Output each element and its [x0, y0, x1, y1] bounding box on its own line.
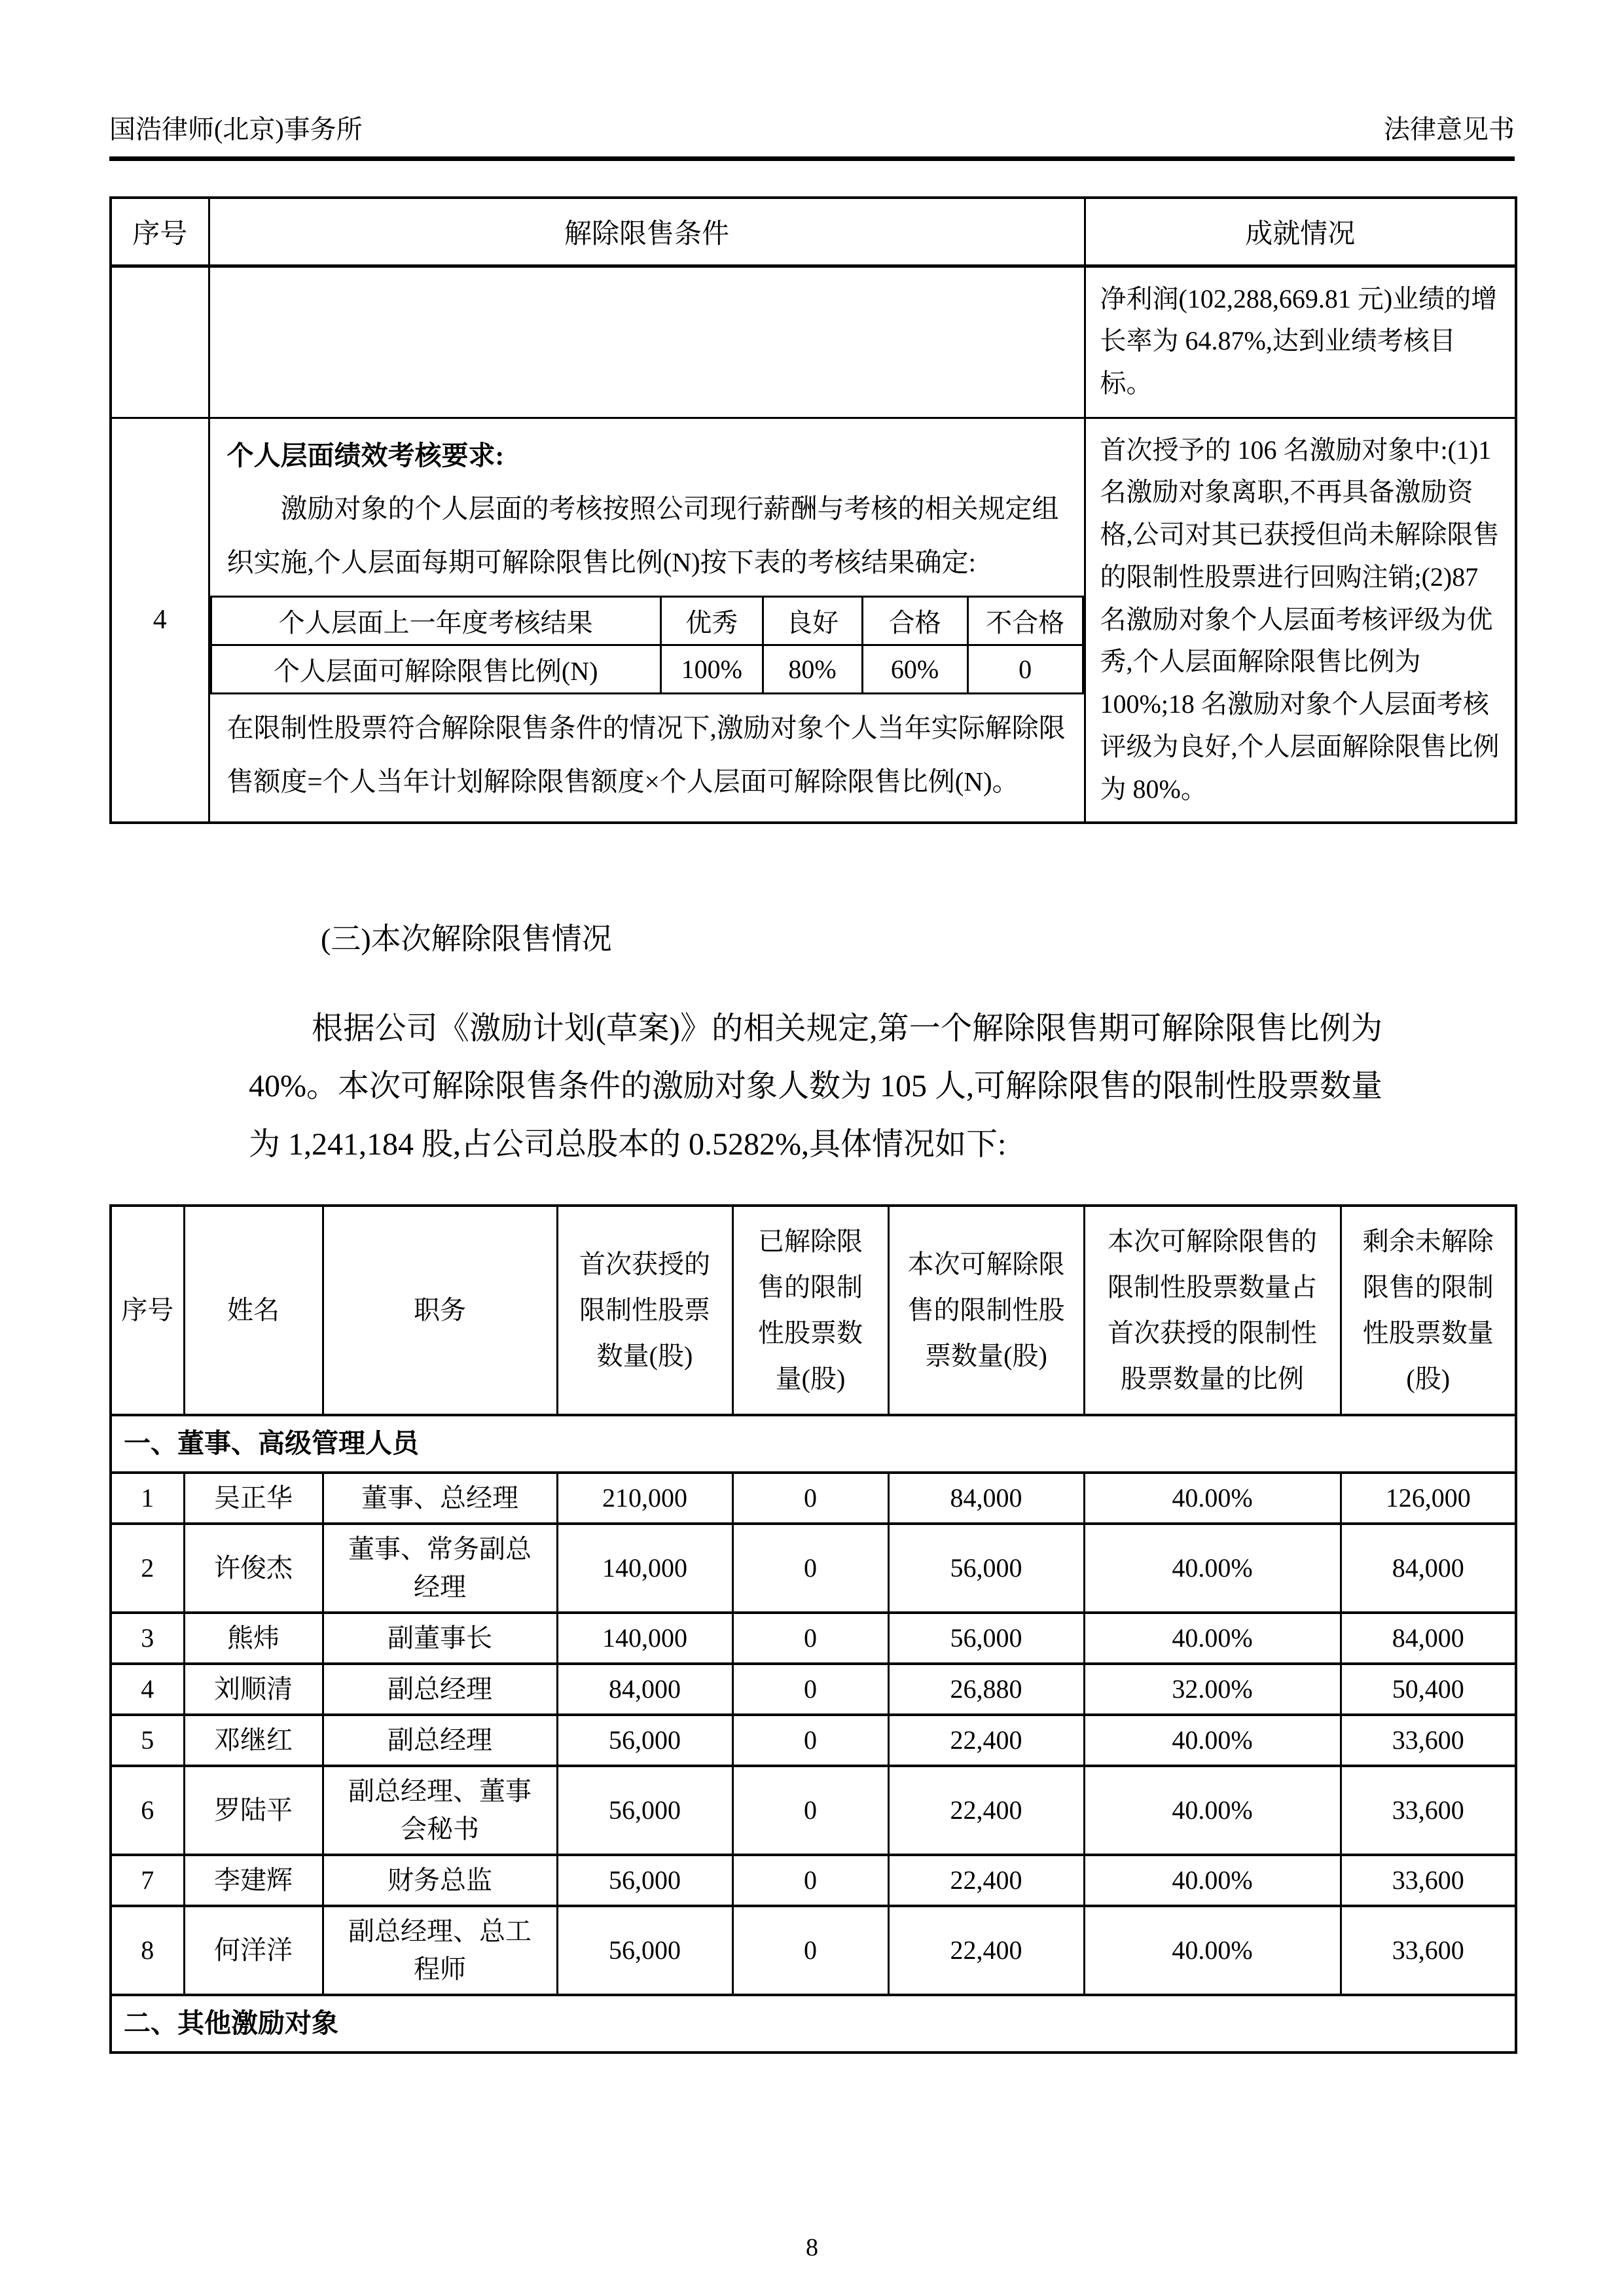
cell-released: 0	[732, 1664, 888, 1715]
condition-row-4: 4 个人层面绩效考核要求: 激励对象的个人层面的考核按照公司现行薪酬与考核的相关…	[111, 418, 1516, 823]
grade-pass: 合格	[862, 596, 967, 645]
conditions-header-row: 序号 解除限售条件 成就情况	[111, 198, 1516, 266]
table-row: 1 吴正华 董事、总经理 210,000 0 84,000 40.00% 126…	[111, 1473, 1516, 1524]
cell-granted: 56,000	[557, 1855, 732, 1906]
cell-granted: 84,000	[557, 1664, 732, 1715]
release-ratio-label: 个人层面可解除限售比例(N)	[211, 645, 660, 693]
cell-seq: 4	[111, 1664, 184, 1715]
grade-fail: 不合格	[967, 596, 1083, 645]
table-row: 7 李建辉 财务总监 56,000 0 22,400 40.00% 33,600	[111, 1855, 1516, 1906]
holders-table: 序号 姓名 职务 首次获授的限制性股票数量(股) 已解除限售的限制性股票数量(股…	[109, 1204, 1517, 2054]
carryover-achievement-cell: 净利润(102,288,669.81 元)业绩的增长率为 64.87%,达到业绩…	[1085, 266, 1516, 418]
cell-seq: 6	[111, 1766, 184, 1855]
release-ratio-row: 个人层面可解除限售比例(N) 100% 80% 60% 0	[211, 645, 1083, 693]
conditions-table: 序号 解除限售条件 成就情况 净利润(102,288,669.81 元)业绩的增…	[109, 196, 1517, 824]
cell-name: 邓继红	[184, 1715, 323, 1766]
col-header-remaining: 剩余未解除限售的限制性股票数量(股)	[1341, 1206, 1516, 1415]
table-row: 8 何洋洋 副总经理、总工程师 56,000 0 22,400 40.00% 3…	[111, 1906, 1516, 1995]
cell-released: 0	[732, 1613, 888, 1664]
cell-position: 副总经理、总工程师	[323, 1906, 557, 1995]
cell-granted: 140,000	[557, 1613, 732, 1664]
cell-remaining: 84,000	[1341, 1524, 1516, 1613]
header-firm-name: 国浩律师(北京)事务所	[109, 109, 363, 146]
cell-ratio: 40.00%	[1084, 1855, 1341, 1906]
col-header-condition: 解除限售条件	[209, 198, 1085, 266]
cell-ratio: 40.00%	[1084, 1473, 1341, 1524]
cell-released: 0	[732, 1524, 888, 1613]
cell-position: 董事、常务副总经理	[323, 1524, 557, 1613]
cell-ratio: 40.00%	[1084, 1715, 1341, 1766]
group-label-others: 二、其他激励对象	[111, 1995, 1516, 2053]
table-row: 6 罗陆平 副总经理、董事会秘书 56,000 0 22,400 40.00% …	[111, 1766, 1516, 1855]
assessment-result-label: 个人层面上一年度考核结果	[211, 596, 660, 645]
table-row: 4 刘顺清 副总经理 84,000 0 26,880 32.00% 50,400	[111, 1664, 1516, 1715]
cell-granted: 140,000	[557, 1524, 732, 1613]
cell-granted: 56,000	[557, 1766, 732, 1855]
cell-ratio: 32.00%	[1084, 1664, 1341, 1715]
cell-name: 吴正华	[184, 1473, 323, 1524]
row4-no-cell: 4	[111, 418, 209, 823]
table-row: 3 熊炜 副董事长 140,000 0 56,000 40.00% 84,000	[111, 1613, 1516, 1664]
col-header-released: 已解除限售的限制性股票数量(股)	[732, 1206, 888, 1415]
grade-good: 良好	[763, 596, 862, 645]
row4-condition-cell: 个人层面绩效考核要求: 激励对象的个人层面的考核按照公司现行薪酬与考核的相关规定…	[209, 418, 1085, 823]
cell-remaining: 33,600	[1341, 1766, 1516, 1855]
col-header-seq: 序号	[111, 1206, 184, 1415]
release-formula-para: 在限制性股票符合解除限售条件的情况下,激励对象个人当年实际解除限售额度=个人当年…	[227, 701, 1067, 808]
cell-ratio: 40.00%	[1084, 1613, 1341, 1664]
cell-name: 许俊杰	[184, 1524, 323, 1613]
cell-released: 0	[732, 1906, 888, 1995]
header-doc-type: 法律意见书	[1384, 109, 1515, 146]
carryover-condition-cell	[209, 266, 1085, 418]
personal-assessment-title: 个人层面绩效考核要求:	[227, 431, 1067, 482]
cell-releasable: 22,400	[888, 1766, 1084, 1855]
cell-released: 0	[732, 1766, 888, 1855]
cell-remaining: 50,400	[1341, 1664, 1516, 1715]
ratio-pass: 60%	[862, 645, 967, 693]
page-number: 8	[0, 2233, 1624, 2262]
cell-seq: 3	[111, 1613, 184, 1664]
cell-seq: 1	[111, 1473, 184, 1524]
cell-name: 刘顺清	[184, 1664, 323, 1715]
cell-granted: 210,000	[557, 1473, 732, 1524]
group-label-directors: 一、董事、高级管理人员	[111, 1415, 1516, 1473]
cell-remaining: 126,000	[1341, 1473, 1516, 1524]
cell-name: 李建辉	[184, 1855, 323, 1906]
cell-ratio: 40.00%	[1084, 1524, 1341, 1613]
cell-remaining: 33,600	[1341, 1906, 1516, 1995]
cell-ratio: 40.00%	[1084, 1906, 1341, 1995]
table-row: 2 许俊杰 董事、常务副总经理 140,000 0 56,000 40.00% …	[111, 1524, 1516, 1613]
cell-position: 副总经理	[323, 1715, 557, 1766]
table-row: 5 邓继红 副总经理 56,000 0 22,400 40.00% 33,600	[111, 1715, 1516, 1766]
cell-position: 财务总监	[323, 1855, 557, 1906]
cell-position: 副董事长	[323, 1613, 557, 1664]
cell-releasable: 22,400	[888, 1855, 1084, 1906]
carryover-row: 净利润(102,288,669.81 元)业绩的增长率为 64.87%,达到业绩…	[111, 266, 1516, 418]
grade-excellent: 优秀	[660, 596, 763, 645]
col-header-position: 职务	[323, 1206, 557, 1415]
cell-ratio: 40.00%	[1084, 1766, 1341, 1855]
document-page: 国浩律师(北京)事务所 法律意见书 序号 解除限售条件 成就情况 净利润(102…	[0, 0, 1624, 2296]
cell-remaining: 33,600	[1341, 1715, 1516, 1766]
personal-assessment-para: 激励对象的个人层面的考核按照公司现行薪酬与考核的相关规定组织实施,个人层面每期可…	[227, 482, 1067, 589]
cell-releasable: 84,000	[888, 1473, 1084, 1524]
cell-position: 副总经理	[323, 1664, 557, 1715]
cell-seq: 5	[111, 1715, 184, 1766]
cell-name: 罗陆平	[184, 1766, 323, 1855]
cell-releasable: 22,400	[888, 1715, 1084, 1766]
col-header-granted: 首次获授的限制性股票数量(股)	[557, 1206, 732, 1415]
col-header-name: 姓名	[184, 1206, 323, 1415]
ratio-good: 80%	[763, 645, 862, 693]
section-heading: (三)本次解除限售情况	[249, 915, 1388, 958]
assessment-result-row: 个人层面上一年度考核结果 优秀 良好 合格 不合格	[211, 596, 1083, 645]
carryover-no-cell	[111, 266, 209, 418]
holders-header-row: 序号 姓名 职务 首次获授的限制性股票数量(股) 已解除限售的限制性股票数量(股…	[111, 1206, 1516, 1415]
ratio-fail: 0	[967, 645, 1083, 693]
cell-remaining: 84,000	[1341, 1613, 1516, 1664]
group-row-directors: 一、董事、高级管理人员	[111, 1415, 1516, 1473]
col-header-achievement: 成就情况	[1085, 198, 1516, 266]
row4-achievement-cell: 首次授予的 106 名激励对象中:(1)1 名激励对象离职,不再具备激励资格,公…	[1085, 418, 1516, 823]
cell-seq: 2	[111, 1524, 184, 1613]
cell-granted: 56,000	[557, 1715, 732, 1766]
cell-released: 0	[732, 1715, 888, 1766]
col-header-ratio: 本次可解除限售的限制性股票数量占首次获授的限制性股票数量的比例	[1084, 1206, 1341, 1415]
group-row-others: 二、其他激励对象	[111, 1995, 1516, 2053]
col-header-no: 序号	[111, 198, 209, 266]
cell-name: 熊炜	[184, 1613, 323, 1664]
cell-granted: 56,000	[557, 1906, 732, 1995]
ratio-excellent: 100%	[660, 645, 763, 693]
running-header: 国浩律师(北京)事务所 法律意见书	[109, 109, 1515, 161]
cell-releasable: 56,000	[888, 1524, 1084, 1613]
section-paragraph: 根据公司《激励计划(草案)》的相关规定,第一个解除限售期可解除限售比例为 40%…	[249, 1000, 1382, 1174]
assessment-ratio-table: 个人层面上一年度考核结果 优秀 良好 合格 不合格 个人层面可解除限售比例(N)…	[210, 596, 1084, 694]
cell-name: 何洋洋	[184, 1906, 323, 1995]
cell-releasable: 26,880	[888, 1664, 1084, 1715]
cell-seq: 8	[111, 1906, 184, 1995]
cell-position: 副总经理、董事会秘书	[323, 1766, 557, 1855]
cell-released: 0	[732, 1855, 888, 1906]
cell-releasable: 56,000	[888, 1613, 1084, 1664]
cell-releasable: 22,400	[888, 1906, 1084, 1995]
cell-position: 董事、总经理	[323, 1473, 557, 1524]
cell-released: 0	[732, 1473, 888, 1524]
col-header-releasable: 本次可解除限售的限制性股票数量(股)	[888, 1206, 1084, 1415]
cell-remaining: 33,600	[1341, 1855, 1516, 1906]
cell-seq: 7	[111, 1855, 184, 1906]
